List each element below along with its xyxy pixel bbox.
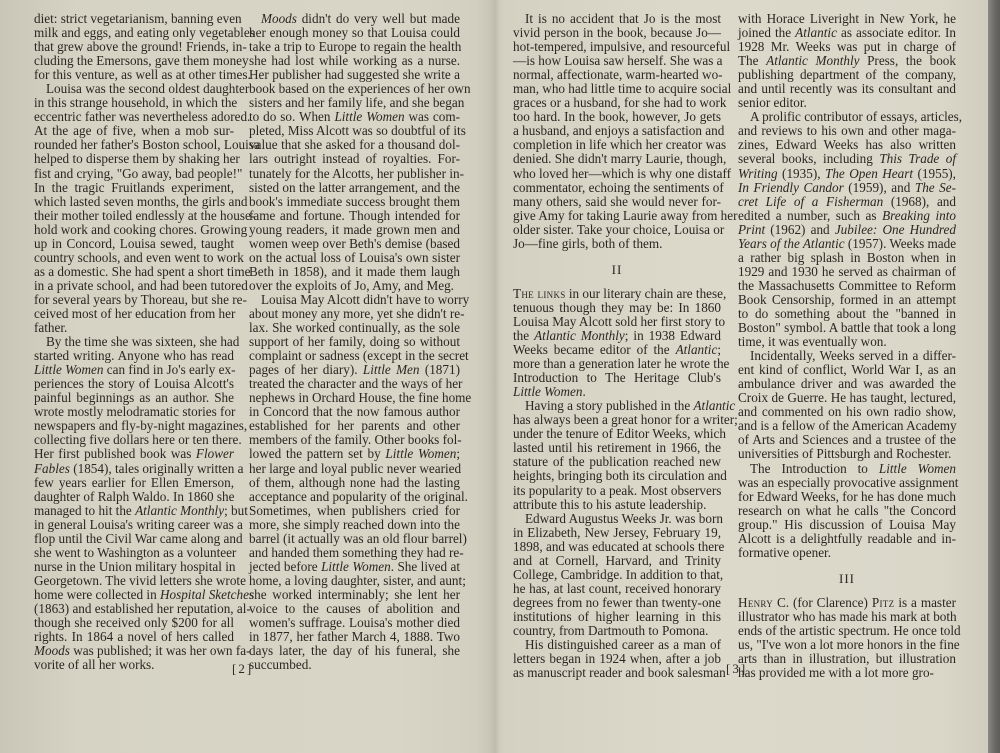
text-line: of them, although none had the lasting	[249, 476, 460, 490]
text-line: days later, the day of his funeral, she	[249, 644, 460, 658]
text-line: universities of Pittsburgh and Rochester…	[738, 447, 956, 461]
text-line: though she received only $200 for all	[34, 616, 234, 630]
text-line: lowed the pattern set by Little Women;	[249, 447, 460, 461]
paragraph: The Introduction to Little Womenwas an e…	[738, 462, 956, 560]
text-line: home, a loving daughter, sister, and aun…	[249, 574, 460, 588]
text-line: vorite of all her works.	[34, 658, 234, 672]
text-line: It is no accident that Jo is the most	[513, 12, 721, 26]
text-line: in 1877, her father March 4, 1888. Two	[249, 630, 460, 644]
paragraph: A prolific contributor of essays, articl…	[738, 110, 956, 349]
text-line: to do something about the "banned in	[738, 307, 956, 321]
section-heading: II	[513, 263, 721, 277]
text-line: the Atlantic Monthly; in 1938 Edward	[513, 329, 721, 343]
text-line: Moods didn't do very well but made	[249, 12, 460, 26]
paragraph: with Horace Liveright in New York, hejoi…	[738, 12, 956, 110]
text-line: time, it was eventually won.	[738, 335, 956, 349]
text-line: lars outright instead of royalties. For-	[249, 152, 460, 166]
text-line: Croix de Guerre. He has taught, lectured…	[738, 391, 956, 405]
text-line: and reviews to his own and other maga-	[738, 124, 956, 138]
text-line: voice to the causes of abolition and	[249, 602, 460, 616]
text-line: letters began in 1924 when, after a job	[513, 652, 721, 666]
text-line: Years of the Atlantic (1957). Weeks made	[738, 237, 956, 251]
text-line: fist and crying, "Go away, bad people!"	[34, 167, 234, 181]
text-line: for several years by Thoreau, but she re…	[34, 293, 234, 307]
text-line: give Amy for taking Laurie away from her	[513, 209, 721, 223]
text-line: wrote mostly melodramatic stories for	[34, 405, 234, 419]
text-line: pleted, Miss Alcott was so doubtful of i…	[249, 124, 460, 138]
text-line: lasted until his retirement in 1966, the	[513, 441, 721, 455]
text-line: over the exploits of Jo, Amy, and Meg.	[249, 279, 460, 293]
text-line: in Elizabeth, New Jersey, February 19,	[513, 526, 721, 540]
text-line: in a private school, and had been tutore…	[34, 279, 234, 293]
text-line: she had lost while working as a nurse.	[249, 54, 460, 68]
text-line: and until recently was its consultant an…	[738, 82, 956, 96]
text-line: which lasted seven months, the girls and	[34, 195, 234, 209]
text-line: Writing (1935), The Open Heart (1955),	[738, 167, 956, 181]
text-line: managed to hit the Atlantic Monthly; but	[34, 504, 234, 518]
text-line: older sister. Take your choice, Louisa o…	[513, 223, 721, 237]
text-line: A prolific contributor of essays, articl…	[738, 110, 956, 124]
text-line: newspapers and fly-by-night magazines,	[34, 419, 234, 433]
text-line: Sometimes, when publishers cried for	[249, 504, 460, 518]
text-line: has always been a great honor for a writ…	[513, 413, 721, 427]
background-edge	[988, 0, 1000, 753]
text-line: Having a story published in the Atlantic	[513, 399, 721, 413]
text-line: helped to disperse them by shaking her	[34, 152, 234, 166]
section-heading: III	[738, 572, 956, 586]
text-line: sisters and her family life, and she beg…	[249, 96, 460, 110]
text-line: formative opener.	[738, 546, 956, 560]
text-line: Louisa was the second oldest daughter	[34, 82, 234, 96]
text-line: hot-tempered, impulsive, and resourceful	[513, 40, 721, 54]
text-line: and is a fellow of the American Academy	[738, 419, 956, 433]
text-line: who loved her—which is why one distaff	[513, 167, 721, 181]
text-line: more, she simply reached down into the	[249, 518, 460, 532]
text-line: Alcott is a delightfully readable and in…	[738, 532, 956, 546]
text-line: 1898, and was educated at schools there	[513, 540, 721, 554]
text-line: man, who had little time to acquire soci…	[513, 82, 721, 96]
text-line: more than a generation later he wrote th…	[513, 357, 721, 371]
text-line: under the tenure of Editor Weeks, which	[513, 427, 721, 441]
text-line: book's immediate success brought them	[249, 195, 460, 209]
text-line: Little Women can find in Jo's early ex-	[34, 363, 234, 377]
text-line: Print (1962) and Jubilee: One Hundred	[738, 223, 956, 237]
text-line: members of the family. Other books fol-	[249, 433, 460, 447]
text-line: daughter of Ralph Waldo. In 1860 she	[34, 490, 234, 504]
text-line: has provided me with a lot more gro-	[738, 666, 956, 680]
text-line: Incidentally, Weeks served in a differ-	[738, 349, 956, 363]
text-line: institutions of higher learning in this	[513, 610, 721, 624]
text-line: several books, including This Trade of	[738, 152, 956, 166]
page-number-right: [3]	[726, 661, 747, 677]
text-line: the Massachusetts Committee to Reform	[738, 279, 956, 293]
text-line: her large and loyal public never wearied	[249, 462, 460, 476]
text-line: as a domestic. She had spent a short tim…	[34, 265, 234, 279]
paragraph: It is no accident that Jo is the mostviv…	[513, 12, 721, 251]
text-line: group." His discussion of Louisa May	[738, 518, 956, 532]
text-line: support of her family, doing so without	[249, 335, 460, 349]
text-line: (1863) and established her reputation, a…	[34, 602, 234, 616]
text-line: as manuscript reader and book salesman	[513, 666, 721, 680]
text-line: attribute this to his astute leadership.	[513, 498, 721, 512]
paragraph: Louisa was the second oldest daughterin …	[34, 82, 234, 335]
text-line: country, from Dartmouth to Pomona.	[513, 624, 721, 638]
text-line: In Friendly Candor (1959), and The Se-	[738, 181, 956, 195]
text-line: zines, Edward Weeks has also written	[738, 138, 956, 152]
text-line: their mother toiled endlessly at the hou…	[34, 209, 234, 223]
text-line: —is how Louisa saw herself. She was a	[513, 54, 721, 68]
right-page-column-2: with Horace Liveright in New York, hejoi…	[738, 12, 956, 680]
text-line: tenuous though they may be: In 1860	[513, 301, 721, 315]
text-line: Georgetown. The vivid letters she wrote	[34, 574, 234, 588]
text-line: cluding the Emersons, gave them money	[34, 54, 234, 68]
text-line: started writing. Anyone who has read	[34, 349, 234, 363]
text-line: The Introduction to Little Women	[738, 462, 956, 476]
text-line: young readers, it made grown men and	[249, 223, 460, 237]
text-line: denied. She didn't marry Laurie, though,	[513, 152, 721, 166]
text-line: commentator, echoing the sentiments of	[513, 181, 721, 195]
text-line: Moods was published; it was her own fa-	[34, 644, 234, 658]
text-line: he has, at last count, received honorary	[513, 582, 721, 596]
text-line: graces or a husband, for she had to work	[513, 96, 721, 110]
left-page-column-1: diet: strict vegetarianism, banning even…	[34, 12, 234, 672]
text-line: arts than in illustration, but illustrat…	[738, 652, 956, 666]
text-line: and commented on his own radio show,	[738, 405, 956, 419]
text-line: His distinguished career as a man of	[513, 638, 721, 652]
text-line: Boston" symbol. A battle that took a lon…	[738, 321, 956, 335]
text-line: pages of her diary). Little Men (1871)	[249, 363, 460, 377]
text-line: tunately for the Alcotts, her publisher …	[249, 167, 460, 181]
text-line: acceptance and popularity of the origina…	[249, 490, 460, 504]
text-line: Henry C. (for Clarence) Pitz is a master	[738, 596, 956, 610]
text-line: Louisa May Alcott didn't have to worry	[249, 293, 460, 307]
text-line: 1929 and 1930 he served as chairman of	[738, 265, 956, 279]
text-line: complaint or sadness (except in the secr…	[249, 349, 460, 363]
text-line: normal, affectionate, warm-hearted wo-	[513, 68, 721, 82]
text-line: Book Censorship, formed in an attempt	[738, 293, 956, 307]
text-line: and handed them something they had re-	[249, 546, 460, 560]
text-line: about money any more, yet she didn't re-	[249, 307, 460, 321]
text-line: milk and eggs, and eating only vegetable…	[34, 26, 234, 40]
text-line: on the actual loss of Louisa's own siste…	[249, 251, 460, 265]
text-line: a rather big splash in Boston when in	[738, 251, 956, 265]
text-line: Edward Augustus Weeks Jr. was born	[513, 512, 721, 526]
text-line: many others, said she would never for-	[513, 195, 721, 209]
text-line: Introduction to The Heritage Club's	[513, 371, 721, 385]
text-line: The links in our literary chain are thes…	[513, 287, 721, 301]
text-line: succumbed.	[249, 658, 460, 672]
text-line: completion in life which her creator was	[513, 138, 721, 152]
text-line: ent kind of conflict, World War I, as an	[738, 363, 956, 377]
text-line: vivid person in the book, because Jo—	[513, 26, 721, 40]
text-line: edited a number, such as Breaking into	[738, 209, 956, 223]
text-line: that grew above the ground! Friends, in-	[34, 40, 234, 54]
text-line: Beth in 1858), and it made them laugh	[249, 265, 460, 279]
text-line: sisted on the latter arrangement, and th…	[249, 181, 460, 195]
text-line: research on what he calls "the Concord	[738, 504, 956, 518]
text-line: rights. In 1864 a novel of hers called	[34, 630, 234, 644]
text-line: fame and fortune. Though intended for	[249, 209, 460, 223]
text-line: The Atlantic Monthly Press, the book	[738, 54, 956, 68]
text-line: Her first published book was Flower	[34, 447, 234, 461]
text-line: eccentric father was nevertheless adored…	[34, 110, 234, 124]
text-line: book based on the experiences of her own	[249, 82, 460, 96]
text-line: 1928 Mr. Weeks was put in charge of	[738, 40, 956, 54]
text-line: flop until the Civil War came along and	[34, 532, 234, 546]
text-line: established for her parents and other	[249, 419, 460, 433]
text-line: ceived most of her education from her	[34, 307, 234, 321]
text-line: collecting five dollars here or ten ther…	[34, 433, 234, 447]
text-line: heights, bringing both its circulation a…	[513, 469, 721, 483]
paragraph: Edward Augustus Weeks Jr. was bornin Eli…	[513, 512, 721, 638]
text-line: Her publisher had suggested she write a	[249, 68, 460, 82]
paragraph: Louisa May Alcott didn't have to worryab…	[249, 293, 460, 672]
text-line: jected before Little Women. She lived at	[249, 560, 460, 574]
text-line: publishing department of the company,	[738, 68, 956, 82]
text-line: hold work and cooking chores. Growing	[34, 223, 234, 237]
text-line: country schools, and even went to work	[34, 251, 234, 265]
text-line: too hard. In the book, however, Jo gets	[513, 110, 721, 124]
text-line: nurse in the Union military hospital in	[34, 560, 234, 574]
text-line: of Arts and Sciences and a trustee of th…	[738, 433, 956, 447]
paragraph: diet: strict vegetarianism, banning even…	[34, 12, 234, 82]
text-line: nephews in Orchard House, the fine home	[249, 391, 460, 405]
left-page-column-2: Moods didn't do very well but madeher en…	[249, 12, 460, 672]
text-line: By the time she was sixteen, she had	[34, 335, 234, 349]
text-line: father.	[34, 321, 234, 335]
text-line: was an especially provocative assignment	[738, 476, 956, 490]
text-line: its popularity to a peak. Most observers	[513, 484, 721, 498]
text-line: In the tragic Fruitlands experiment,	[34, 181, 234, 195]
book-gutter	[490, 0, 500, 753]
text-line: painful beginnings as an author. She	[34, 391, 234, 405]
text-line: in general Louisa's writing career was a	[34, 518, 234, 532]
text-line: her enough money so that Louisa could	[249, 26, 460, 40]
book-spread: diet: strict vegetarianism, banning even…	[0, 0, 990, 753]
text-line: take a trip to Europe to regain the heal…	[249, 40, 460, 54]
text-line: Louisa May Alcott sold her first story t…	[513, 315, 721, 329]
text-line: Little Women.	[513, 385, 721, 399]
text-line: in this strange household, in which the	[34, 96, 234, 110]
paragraph: By the time she was sixteen, she hadstar…	[34, 335, 234, 672]
text-line: barrel (it actually was an old flour bar…	[249, 532, 460, 546]
text-line: diet: strict vegetarianism, banning even	[34, 12, 234, 26]
text-line: she worked interminably; she lent her	[249, 588, 460, 602]
text-line: degrees from no fewer than twenty-one	[513, 596, 721, 610]
text-line: she went to Washington as a volunteer	[34, 546, 234, 560]
page-number-left: [2]	[232, 661, 253, 677]
text-line: stature of the publication reached new	[513, 455, 721, 469]
paragraph: His distinguished career as a man oflett…	[513, 638, 721, 680]
text-line: ends of the artistic spectrum. He once t…	[738, 624, 956, 638]
text-line: illustrator who has made his mark at bot…	[738, 610, 956, 624]
paragraph: The links in our literary chain are thes…	[513, 287, 721, 399]
text-line: and at Cornell, Harvard, and Trinity	[513, 554, 721, 568]
text-line: for Edward Weeks, for he has done much	[738, 490, 956, 504]
text-line: Fables (1854), tales originally written …	[34, 462, 234, 476]
text-line: home were collected in Hospital Sketches	[34, 588, 234, 602]
text-line: to do so. When Little Women was com-	[249, 110, 460, 124]
text-line: women's suffrage. Louisa's mother died	[249, 616, 460, 630]
text-line: College, Cambridge. In addition to that,	[513, 568, 721, 582]
text-line: senior editor.	[738, 96, 956, 110]
text-line: ambulance driver and was awarded the	[738, 377, 956, 391]
text-line: a husband, and enjoys a satisfaction and	[513, 124, 721, 138]
text-line: us, "I've won a lot more honors in the f…	[738, 638, 956, 652]
paragraph: Henry C. (for Clarence) Pitz is a master…	[738, 596, 956, 680]
text-line: few years earlier for Ellen Emerson,	[34, 476, 234, 490]
text-line: rounded her father's Boston school, Loui…	[34, 138, 234, 152]
paragraph: Having a story published in the Atlantic…	[513, 399, 721, 511]
text-line: cret Life of a Fisherman (1968), and	[738, 195, 956, 209]
text-line: At the age of five, when a mob sur-	[34, 124, 234, 138]
text-line: for this venture, as well as at other ti…	[34, 68, 234, 82]
text-line: Jo—fine girls, both of them.	[513, 237, 721, 251]
text-line: value that she asked for a thousand dol-	[249, 138, 460, 152]
text-line: in Concord that the now famous author	[249, 405, 460, 419]
text-line: with Horace Liveright in New York, he	[738, 12, 956, 26]
text-line: periences the story of Louisa Alcott's	[34, 377, 234, 391]
text-line: treated the character and the ways of he…	[249, 377, 460, 391]
paragraph: Incidentally, Weeks served in a differ-e…	[738, 349, 956, 461]
text-line: Weeks became editor of the Atlantic;	[513, 343, 721, 357]
right-page-column-1: It is no accident that Jo is the mostviv…	[513, 12, 721, 680]
text-line: women weep over Beth's demise (based	[249, 237, 460, 251]
text-line: lax. She worked continually, as the sole	[249, 321, 460, 335]
text-line: joined the Atlantic as associate editor.…	[738, 26, 956, 40]
text-line: up in Concord, Louisa sewed, taught	[34, 237, 234, 251]
paragraph: Moods didn't do very well but madeher en…	[249, 12, 460, 293]
